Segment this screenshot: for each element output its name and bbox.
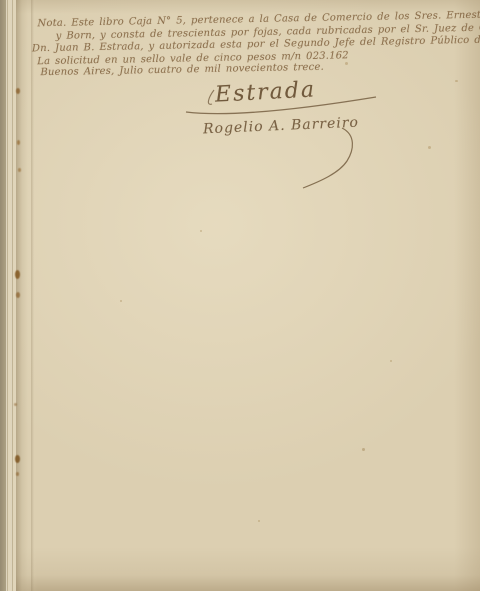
paper-speck (390, 360, 392, 362)
foxing-spot (15, 270, 20, 279)
foxing-spot (16, 292, 20, 298)
foxing-spot (14, 403, 17, 406)
paper-speck (120, 300, 122, 302)
signature-barreiro: Rogelio A. Barreiro (203, 115, 360, 138)
stacked-page-edges (6, 0, 16, 591)
handwritten-note: Nota. Este libro Caja N° 5, pertenece a … (29, 4, 480, 93)
paper-speck (258, 520, 260, 522)
foxing-spot (16, 88, 20, 94)
foxing-spot (16, 472, 19, 476)
paper-speck (362, 448, 365, 451)
foxing-spot (17, 140, 20, 145)
foxing-spot (18, 168, 21, 172)
paper-speck (200, 230, 202, 232)
signature-estrada: Estrada (214, 77, 316, 107)
paper-speck (428, 146, 431, 149)
scanned-document-page: Nota. Este libro Caja N° 5, pertenece a … (0, 0, 480, 591)
foxing-spot (15, 455, 20, 463)
